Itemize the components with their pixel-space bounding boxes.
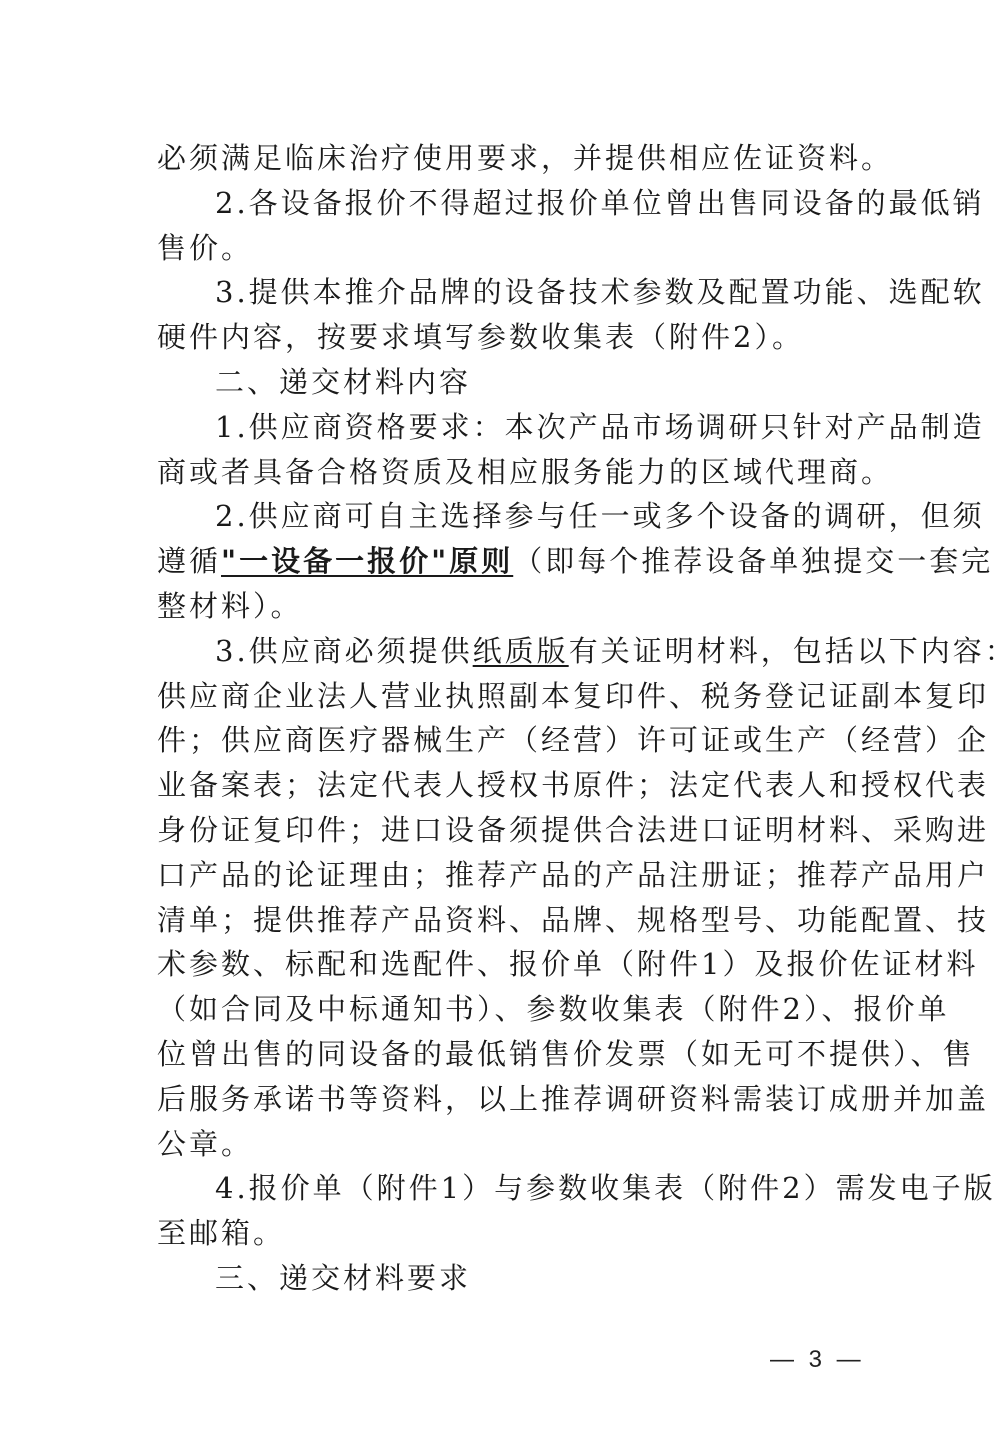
paragraph-line: 公章。 xyxy=(157,1122,843,1167)
line-text: （即每个推荐设备单独提交一套完 xyxy=(513,544,993,578)
underlined-paper-version: 纸质版 xyxy=(473,634,569,668)
paragraph-line: 必须满足临床治疗使用要求，并提供相应佐证资料。 xyxy=(157,136,843,181)
paragraph-line: 件；供应商医疗器械生产（经营）许可证或生产（经营）企 xyxy=(157,718,843,763)
paragraph-line: 业备案表；法定代表人授权书原件；法定代表人和授权代表 xyxy=(157,763,843,808)
section-heading: 二、递交材料内容 xyxy=(157,360,843,405)
section-heading: 三、递交材料要求 xyxy=(157,1256,843,1301)
paragraph-line: 3.供应商必须提供纸质版有关证明材料，包括以下内容： xyxy=(157,629,843,674)
paragraph-line: 位曾出售的同设备的最低销售价发票（如无可不提供）、售 xyxy=(157,1032,843,1077)
underlined-principle: "一设备一报价"原则 xyxy=(221,544,513,578)
page-number: — 3 — xyxy=(770,1346,865,1374)
paragraph-line: 整材料）。 xyxy=(157,584,843,629)
paragraph-line: 术参数、标配和选配件、报价单（附件1）及报价佐证材料 xyxy=(157,942,843,987)
paragraph-line: 商或者具备合格资质及相应服务能力的区域代理商。 xyxy=(157,450,843,495)
paragraph-line: 遵循"一设备一报价"原则（即每个推荐设备单独提交一套完 xyxy=(157,539,843,584)
paragraph-line: 口产品的论证理由；推荐产品的产品注册证；推荐产品用户 xyxy=(157,853,843,898)
paragraph-line: 2.各设备报价不得超过报价单位曾出售同设备的最低销 xyxy=(157,181,843,226)
paragraph-line: 售价。 xyxy=(157,226,843,271)
paragraph-line: 身份证复印件；进口设备须提供合法进口证明材料、采购进 xyxy=(157,808,843,853)
document-body: 必须满足临床治疗使用要求，并提供相应佐证资料。 2.各设备报价不得超过报价单位曾… xyxy=(157,136,843,1301)
line-text: 有关证明材料，包括以下内容： xyxy=(569,634,1000,668)
paragraph-line: 后服务承诺书等资料，以上推荐调研资料需装订成册并加盖 xyxy=(157,1077,843,1122)
paragraph-line: 供应商企业法人营业执照副本复印件、税务登记证副本复印 xyxy=(157,674,843,719)
line-text: 遵循 xyxy=(157,544,221,578)
line-text: 3.供应商必须提供 xyxy=(215,634,473,668)
paragraph-line: 1.供应商资格要求：本次产品市场调研只针对产品制造 xyxy=(157,405,843,450)
paragraph-line: 硬件内容，按要求填写参数收集表（附件2）。 xyxy=(157,315,843,360)
paragraph-line: 2.供应商可自主选择参与任一或多个设备的调研，但须 xyxy=(157,494,843,539)
paragraph-line: 4.报价单（附件1）与参数收集表（附件2）需发电子版 xyxy=(157,1166,843,1211)
paragraph-line: （如合同及中标通知书）、参数收集表（附件2）、报价单 xyxy=(157,987,843,1032)
paragraph-line: 至邮箱。 xyxy=(157,1211,843,1256)
paragraph-line: 清单；提供推荐产品资料、品牌、规格型号、功能配置、技 xyxy=(157,898,843,943)
paragraph-line: 3.提供本推介品牌的设备技术参数及配置功能、选配软 xyxy=(157,270,843,315)
